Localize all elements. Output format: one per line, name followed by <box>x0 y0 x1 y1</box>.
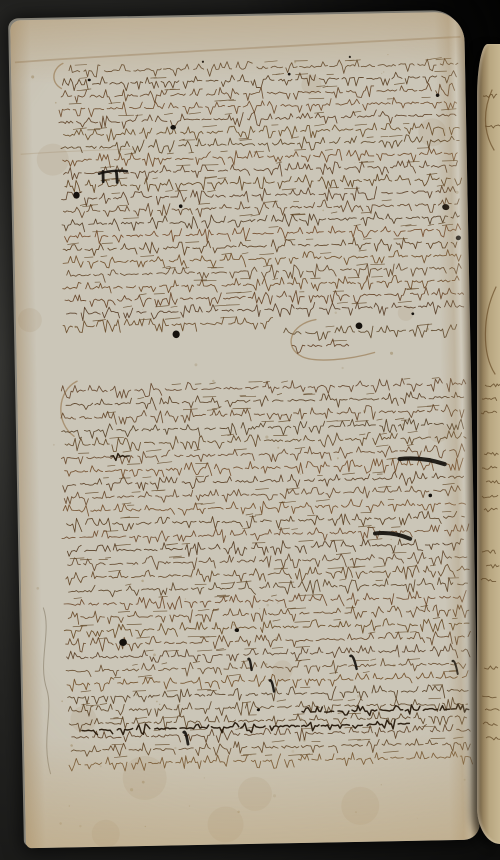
facing-page-writing <box>481 90 500 740</box>
handwriting-ink-layer <box>10 12 480 849</box>
crease-lines <box>15 37 463 155</box>
text-block-marginal-note <box>284 324 458 354</box>
facing-page-ink-fragments <box>477 44 500 844</box>
facing-page-edge <box>477 44 500 844</box>
manuscript-page <box>10 12 480 849</box>
manuscript-photo <box>0 0 500 860</box>
text-block-entry-1 <box>58 57 465 334</box>
